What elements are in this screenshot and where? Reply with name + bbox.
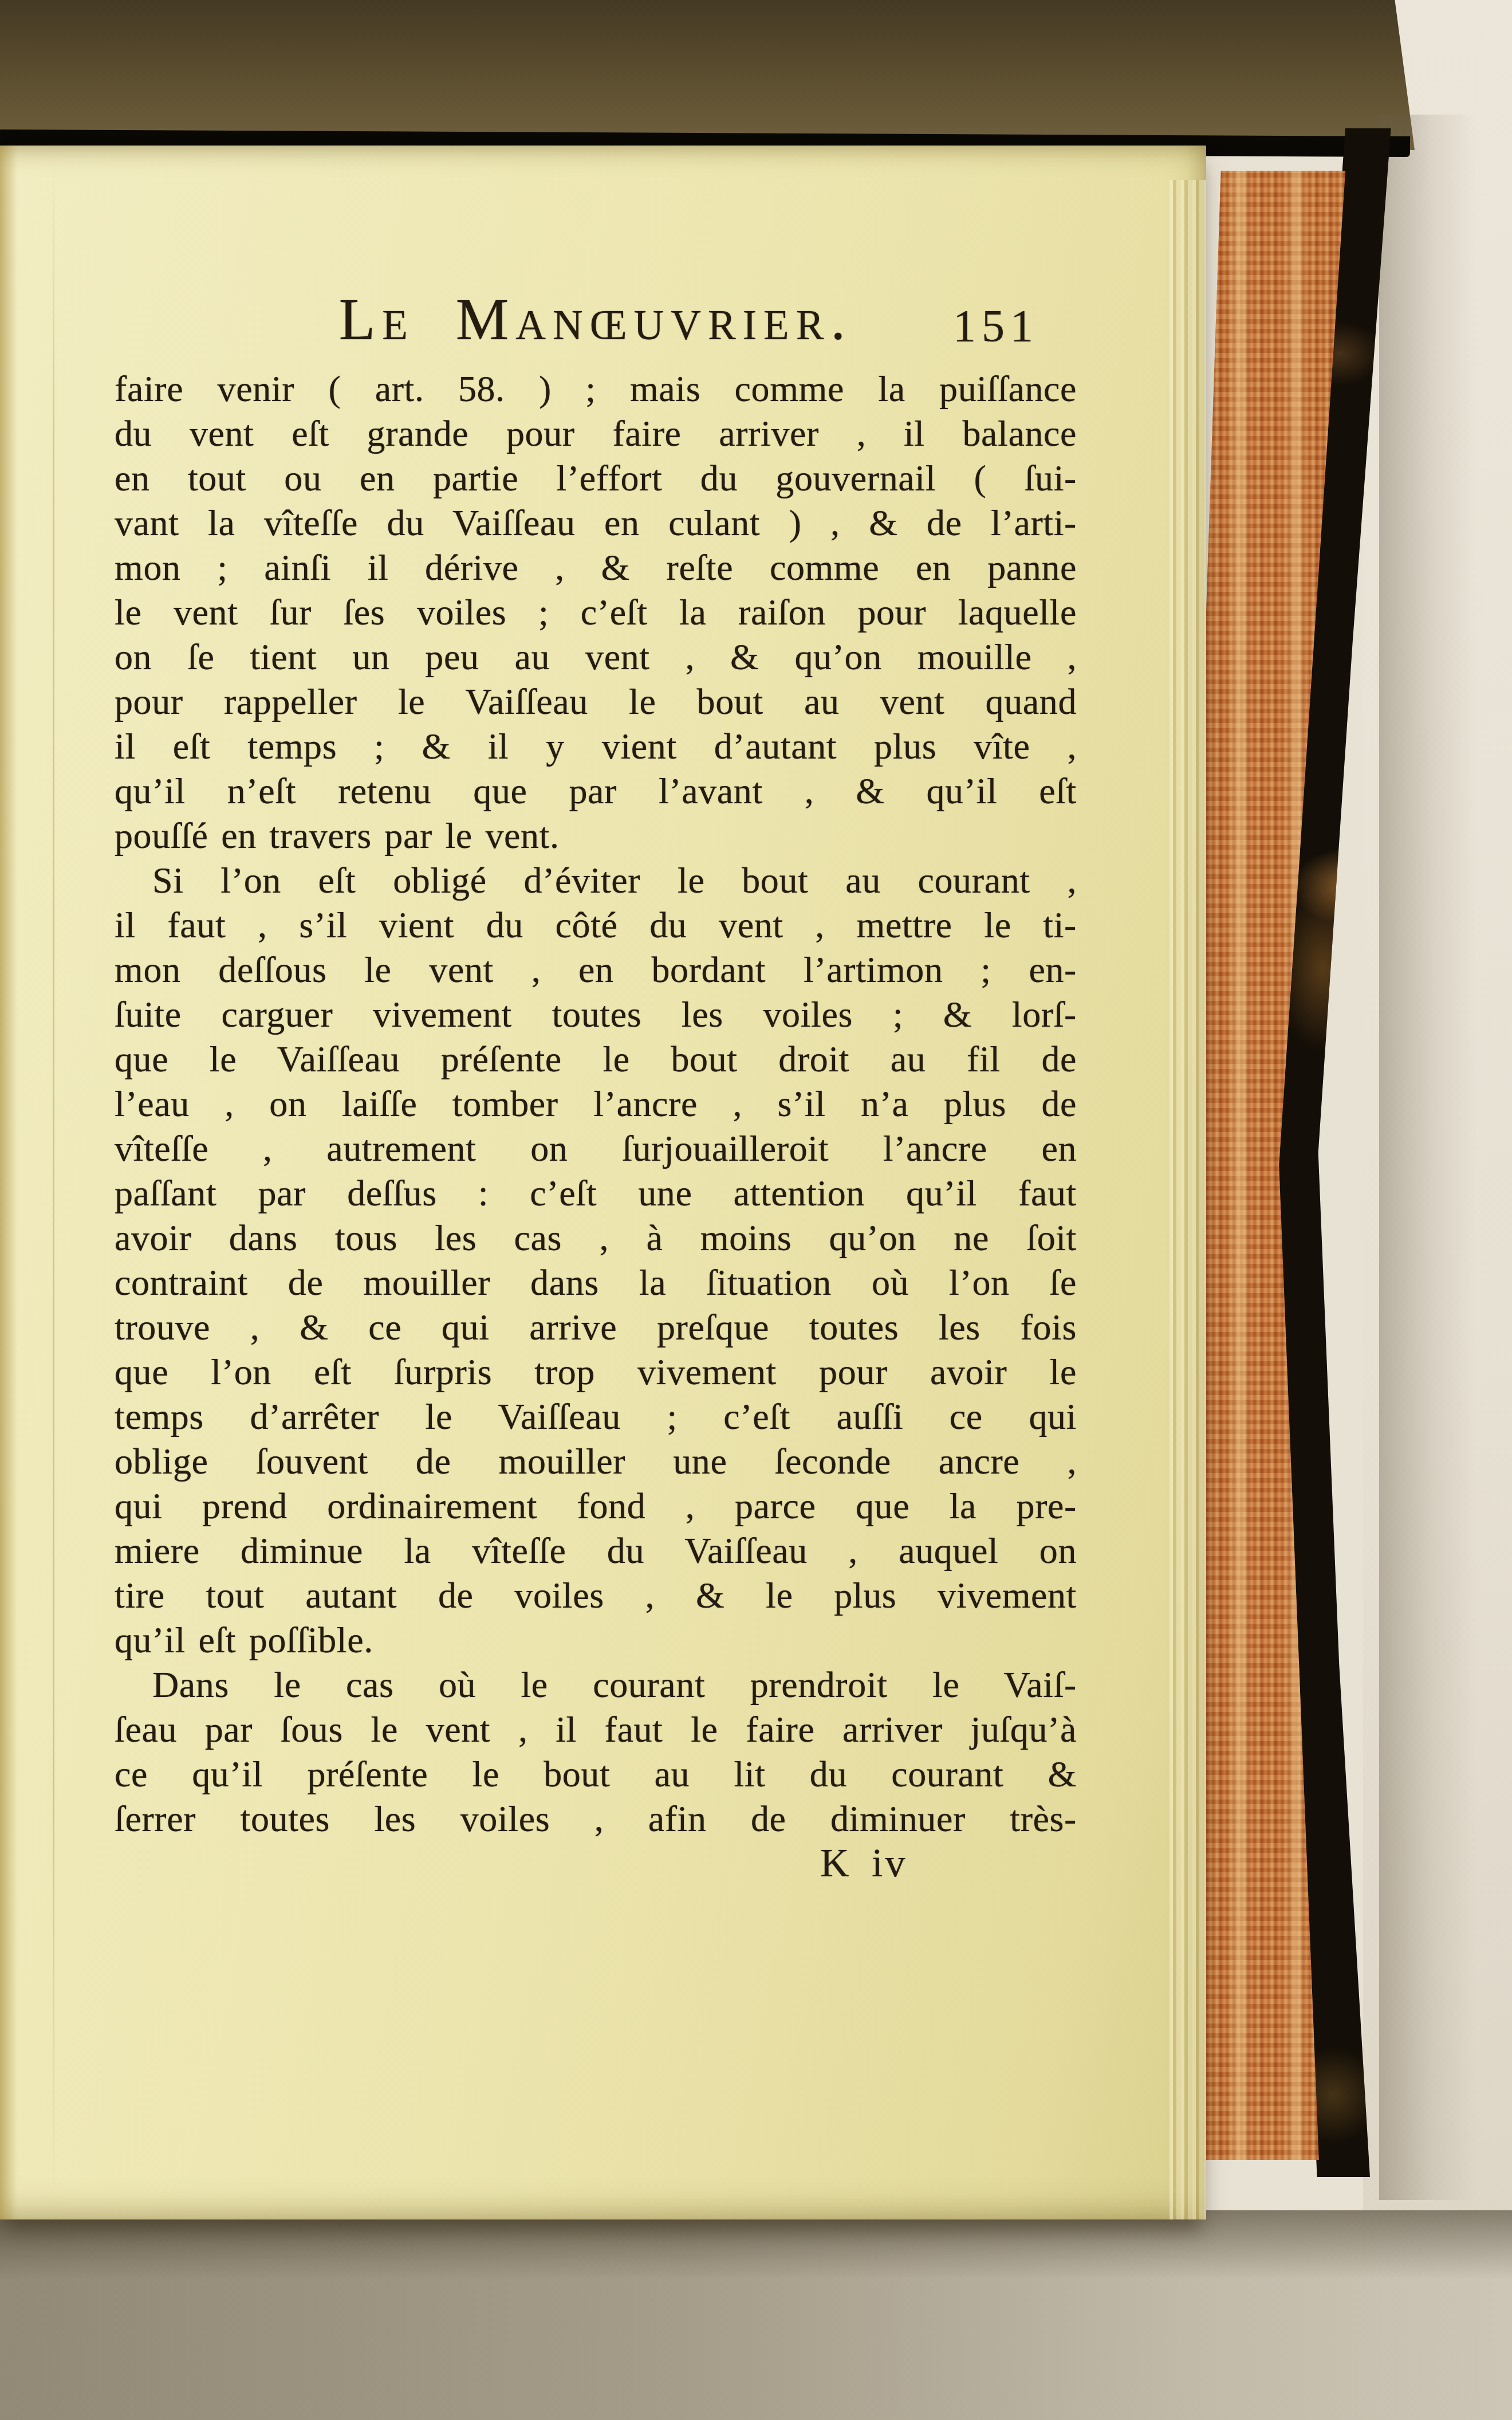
page-gutter-line xyxy=(53,146,54,2219)
text-line: ſuite carguer vivement toutes les voiles… xyxy=(115,992,1077,1037)
text-line: mon deſſous le vent , en bordant l’artim… xyxy=(115,948,1077,992)
text-line: mon ; ainſi il dérive , & reſte comme en… xyxy=(115,545,1077,590)
text-line: vant la vîteſſe du Vaiſſeau en culant ) … xyxy=(115,501,1077,545)
text-line: miere diminue la vîteſſe du Vaiſſeau , a… xyxy=(115,1529,1077,1573)
text-line: ſerrer toutes les voiles , afin de dimin… xyxy=(115,1797,1077,1841)
text-line: qu’il n’eſt retenu que par l’avant , & q… xyxy=(115,769,1077,814)
text-line: trouve , & ce qui arrive preſque toutes … xyxy=(115,1305,1077,1350)
running-header-title: Le Manœuvrier. xyxy=(115,290,1077,349)
text-line: il faut , s’il vient du côté du vent , m… xyxy=(115,903,1077,948)
text-line: l’eau , on laiſſe tomber l’ancre , s’il … xyxy=(115,1082,1077,1126)
text-line: ſeau par ſous le vent , il faut le faire… xyxy=(115,1707,1077,1752)
photo-scene: Le Manœuvrier. 151 faire venir ( art. 58… xyxy=(0,0,1512,2420)
text-line: qui prend ordinairement fond , parce que… xyxy=(115,1484,1077,1529)
text-line: tire tout autant de voiles , & le plus v… xyxy=(115,1573,1077,1618)
text-line: contraint de mouiller dans la ſituation … xyxy=(115,1260,1077,1305)
book-page: Le Manœuvrier. 151 faire venir ( art. 58… xyxy=(0,146,1206,2219)
text-line: le vent ſur ſes voiles ; c’eſt la raiſon… xyxy=(115,590,1077,635)
text-line: Dans le cas où le courant prendroit le V… xyxy=(115,1663,1077,1707)
text-line: oblige ſouvent de mouiller une ſeconde a… xyxy=(115,1439,1077,1484)
cover-shadow xyxy=(1379,115,1476,2200)
background-surface-top xyxy=(0,0,1415,150)
text-line: du vent eſt grande pour faire arriver , … xyxy=(115,411,1077,456)
text-line: on ſe tient un peu au vent , & qu’on mou… xyxy=(115,635,1077,679)
page-gutter-shadow xyxy=(0,146,17,2219)
under-page-edges xyxy=(1170,180,1206,2219)
text-line: vîteſſe , autrement on ſurjouailleroit l… xyxy=(115,1126,1077,1171)
signature-mark: K iv xyxy=(115,1841,1077,1886)
text-line: que l’on eſt ſurpris trop vivement pour … xyxy=(115,1350,1077,1394)
text-line: pour rappeller le Vaiſſeau le bout au ve… xyxy=(115,679,1077,724)
text-line: il eſt temps ; & il y vient d’autant plu… xyxy=(115,724,1077,769)
book-drop-shadow xyxy=(0,2210,1512,2279)
text-line: qu’il eſt poſſible. xyxy=(115,1618,1077,1663)
text-line: Si l’on eſt obligé d’éviter le bout au c… xyxy=(115,858,1077,903)
text-line: paſſant par deſſus : c’eſt une attention… xyxy=(115,1171,1077,1216)
text-line: avoir dans tous les cas , à moins qu’on … xyxy=(115,1216,1077,1260)
body-text: faire venir ( art. 58. ) ; mais comme la… xyxy=(115,367,1077,1886)
page-number: 151 xyxy=(953,304,1039,349)
text-line: pouſſé en travers par le vent. xyxy=(115,814,1077,858)
text-line: temps d’arrêter le Vaiſſeau ; c’eſt auſſ… xyxy=(115,1394,1077,1439)
running-header: Le Manœuvrier. 151 xyxy=(115,290,1077,359)
text-line: que le Vaiſſeau préſente le bout droit a… xyxy=(115,1037,1077,1082)
text-line: en tout ou en partie l’effort du gouvern… xyxy=(115,456,1077,501)
text-line: ce qu’il préſente le bout au lit du cour… xyxy=(115,1752,1077,1797)
text-line: faire venir ( art. 58. ) ; mais comme la… xyxy=(115,367,1077,411)
